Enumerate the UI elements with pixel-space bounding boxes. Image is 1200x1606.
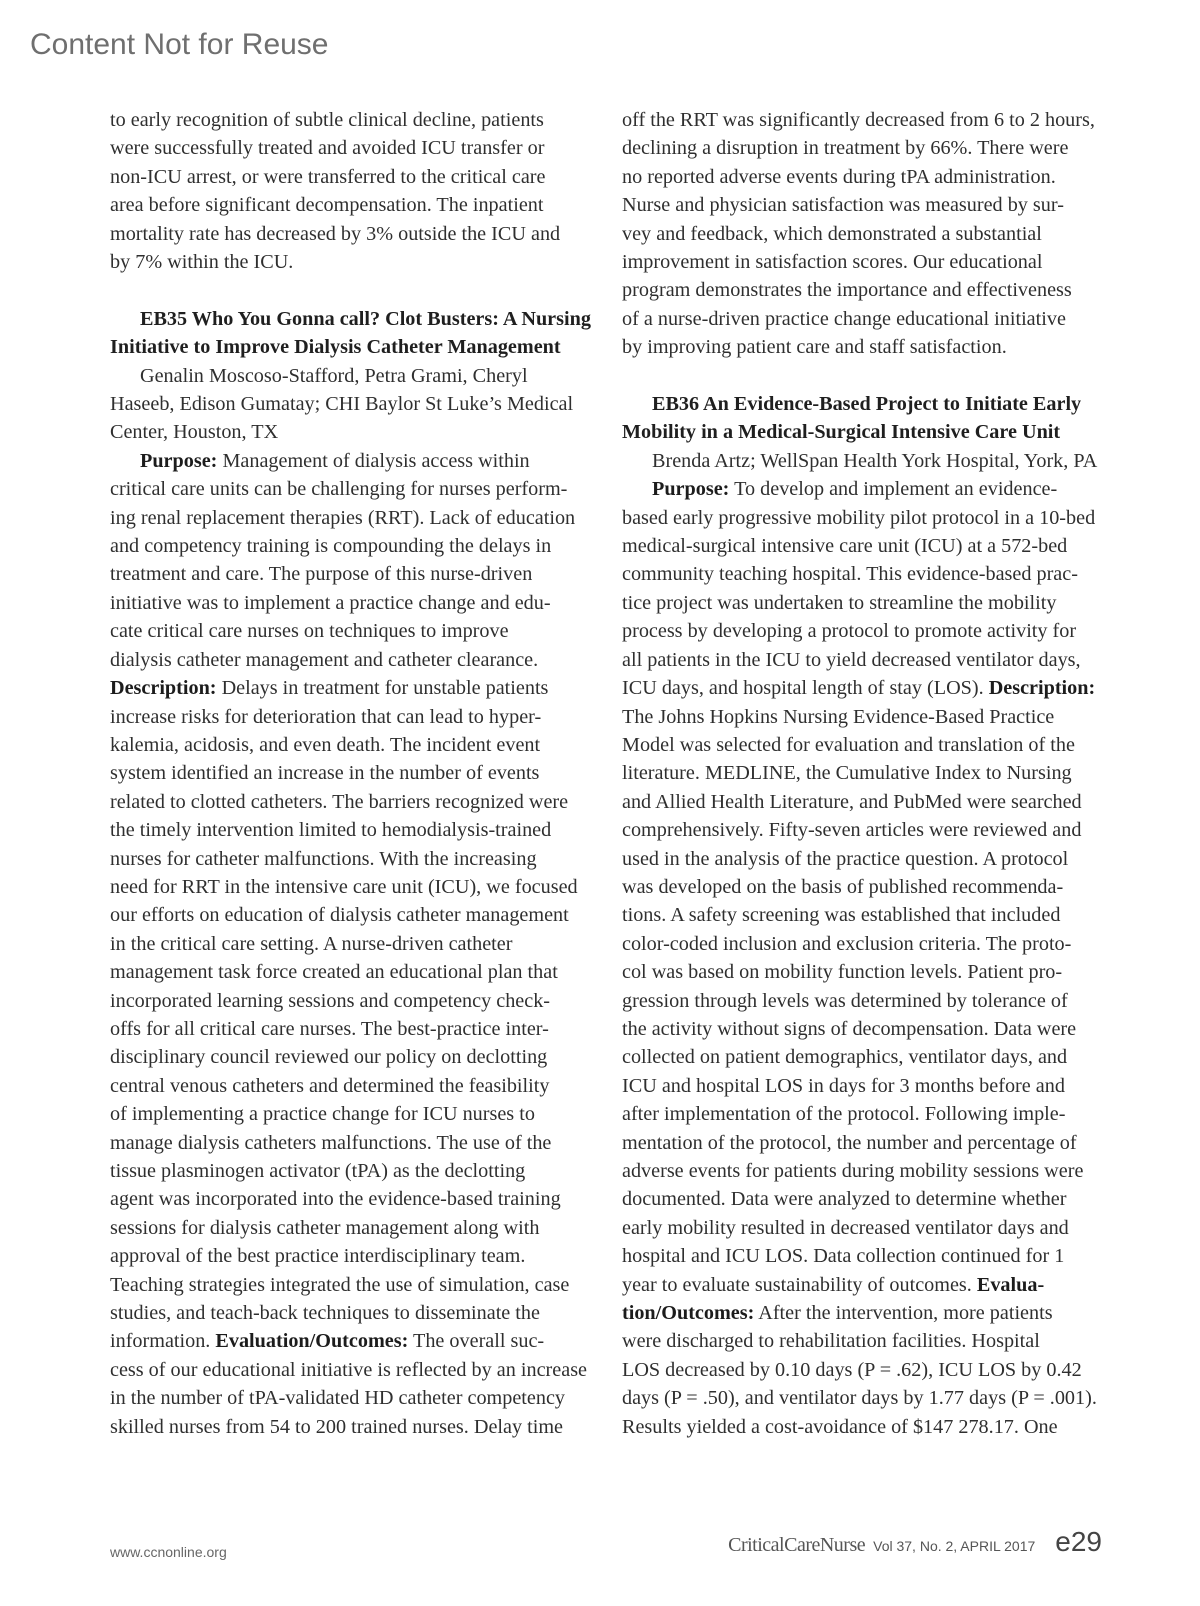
- abstract-title: EB36 An Evidence-Based Project to Initia…: [622, 390, 1100, 447]
- description-label: Description:: [989, 677, 1096, 699]
- text-line: by improving patient care and staff sati…: [622, 333, 1100, 361]
- text-line: comprehensively. Fifty-seven articles we…: [622, 816, 1100, 844]
- text-line: in the critical care setting. A nurse-dr…: [110, 930, 572, 958]
- text-line: hospital and ICU LOS. Data collection co…: [622, 1242, 1100, 1270]
- text-line: medical-surgical intensive care unit (IC…: [622, 532, 1100, 560]
- text-line: Nurse and physician satisfaction was mea…: [622, 191, 1100, 219]
- text-line: by 7% within the ICU.: [110, 248, 572, 276]
- purpose-label: Purpose:: [140, 450, 217, 472]
- text-line: system identified an increase in the num…: [110, 759, 572, 787]
- text-line: mentation of the protocol, the number an…: [622, 1129, 1100, 1157]
- text-line: was developed on the basis of published …: [622, 873, 1100, 901]
- text-line: need for RRT in the intensive care unit …: [110, 873, 572, 901]
- text-line: increase risks for deterioration that ca…: [110, 703, 572, 731]
- text-line: after implementation of the protocol. Fo…: [622, 1100, 1100, 1128]
- previous-abstract-continuation: to early recognition of subtle clinical …: [110, 106, 572, 276]
- text-line: early mobility resulted in decreased ven…: [622, 1214, 1100, 1242]
- evaluation-text: The overall suc-: [408, 1330, 544, 1352]
- evaluation-pre-text: information.: [110, 1330, 215, 1352]
- journal-name: CriticalCareNurse: [728, 1534, 865, 1557]
- left-column: to early recognition of subtle clinical …: [110, 106, 572, 1441]
- text-line: off the RRT was significantly decreased …: [622, 106, 1100, 134]
- text-line: of a nurse-driven practice change educat…: [622, 305, 1100, 333]
- text-line: related to clotted catheters. The barrie…: [110, 788, 572, 816]
- description-text: Delays in treatment for unstable patient…: [217, 677, 549, 699]
- text-line: were discharged to rehabilitation facili…: [622, 1327, 1100, 1355]
- description-text: year to evaluate sustainability of outco…: [622, 1274, 977, 1296]
- author-line: Haseeb, Edison Gumatay; CHI Baylor St Lu…: [110, 390, 572, 418]
- text-line: information. Evaluation/Outcomes: The ov…: [110, 1327, 572, 1355]
- text-line: cate critical care nurses on techniques …: [110, 617, 572, 645]
- text-line: documented. Data were analyzed to determ…: [622, 1185, 1100, 1213]
- purpose-text: Management of dialysis access within: [217, 450, 529, 472]
- text-line: kalemia, acidosis, and even death. The i…: [110, 731, 572, 759]
- text-line: cess of our educational initiative is re…: [110, 1356, 572, 1384]
- text-line: declining a disruption in treatment by 6…: [622, 134, 1100, 162]
- text-line: vey and feedback, which demonstrated a s…: [622, 220, 1100, 248]
- text-line: agent was incorporated into the evidence…: [110, 1185, 572, 1213]
- text-line: gression through levels was determined b…: [622, 987, 1100, 1015]
- watermark-text: Content Not for Reuse: [30, 28, 329, 62]
- text-line: management task force created an educati…: [110, 958, 572, 986]
- abstract-title: EB35 Who You Gonna call? Clot Busters: A…: [110, 305, 572, 362]
- abstract-eb36: EB36 An Evidence-Based Project to Initia…: [622, 390, 1100, 1441]
- text-line: and competency training is compounding t…: [110, 532, 572, 560]
- page-number: e29: [1055, 1526, 1102, 1558]
- text-line: ICU days, and hospital length of stay (L…: [622, 674, 1100, 702]
- text-line: central venous catheters and determined …: [110, 1072, 572, 1100]
- text-line: tice project was undertaken to streamlin…: [622, 589, 1100, 617]
- text-line: based early progressive mobility pilot p…: [622, 504, 1100, 532]
- text-line: were successfully treated and avoided IC…: [110, 134, 572, 162]
- text-line: color-coded inclusion and exclusion crit…: [622, 930, 1100, 958]
- text-line: process by developing a protocol to prom…: [622, 617, 1100, 645]
- text-line: tion/Outcomes: After the intervention, m…: [622, 1299, 1100, 1327]
- right-column: off the RRT was significantly decreased …: [622, 106, 1100, 1441]
- text-line: Description: Delays in treatment for uns…: [110, 674, 572, 702]
- text-line: literature. MEDLINE, the Cumulative Inde…: [622, 759, 1100, 787]
- text-line: LOS decreased by 0.10 days (P = .62), IC…: [622, 1356, 1100, 1384]
- title-line: Mobility in a Medical-Surgical Intensive…: [622, 418, 1100, 446]
- evaluation-section: information. Evaluation/Outcomes: The ov…: [110, 1327, 572, 1441]
- text-line: no reported adverse events during tPA ad…: [622, 163, 1100, 191]
- text-line: col was based on mobility function level…: [622, 958, 1100, 986]
- text-line: Results yielded a cost-avoidance of $147…: [622, 1413, 1100, 1441]
- text-line: sessions for dialysis catheter managemen…: [110, 1214, 572, 1242]
- description-section: The Johns Hopkins Nursing Evidence-Based…: [622, 703, 1100, 1300]
- text-line: mortality rate has decreased by 3% outsi…: [110, 220, 572, 248]
- text-line: dialysis catheter management and cathete…: [110, 646, 572, 674]
- purpose-text: To develop and implement an evidence-: [729, 478, 1057, 500]
- evaluation-section: tion/Outcomes: After the intervention, m…: [622, 1299, 1100, 1441]
- abstract-eb35: EB35 Who You Gonna call? Clot Busters: A…: [110, 305, 572, 1441]
- evaluation-label: tion/Outcomes:: [622, 1302, 754, 1324]
- eb35-continuation: off the RRT was significantly decreased …: [622, 106, 1100, 362]
- text-line: incorporated learning sessions and compe…: [110, 987, 572, 1015]
- text-line: nurses for catheter malfunctions. With t…: [110, 845, 572, 873]
- text-line: disciplinary council reviewed our policy…: [110, 1043, 572, 1071]
- text-line: to early recognition of subtle clinical …: [110, 106, 572, 134]
- text-line: manage dialysis catheters malfunctions. …: [110, 1129, 572, 1157]
- evaluation-label: Evalua-: [977, 1274, 1044, 1296]
- text-line: program demonstrates the importance and …: [622, 276, 1100, 304]
- text-line: of implementing a practice change for IC…: [110, 1100, 572, 1128]
- text-line: critical care units can be challenging f…: [110, 475, 572, 503]
- description-section: Description: Delays in treatment for uns…: [110, 674, 572, 1327]
- text-line: adverse events for patients during mobil…: [622, 1157, 1100, 1185]
- evaluation-text: After the intervention, more patients: [754, 1302, 1052, 1324]
- text-line: year to evaluate sustainability of outco…: [622, 1271, 1100, 1299]
- title-line: Initiative to Improve Dialysis Catheter …: [110, 333, 572, 361]
- text-line: Purpose: Management of dialysis access w…: [110, 447, 572, 475]
- text-line: tions. A safety screening was establishe…: [622, 901, 1100, 929]
- text-line: The Johns Hopkins Nursing Evidence-Based…: [622, 703, 1100, 731]
- text-line: Model was selected for evaluation and tr…: [622, 731, 1100, 759]
- abstract-authors: Brenda Artz; WellSpan Health York Hospit…: [622, 447, 1100, 475]
- purpose-section: Purpose: Management of dialysis access w…: [110, 447, 572, 674]
- purpose-label: Purpose:: [652, 478, 729, 500]
- author-line: Center, Houston, TX: [110, 418, 572, 446]
- evaluation-label: Evaluation/Outcomes:: [215, 1330, 408, 1352]
- text-line: ICU and hospital LOS in days for 3 month…: [622, 1072, 1100, 1100]
- text-line: in the number of tPA-validated HD cathet…: [110, 1384, 572, 1412]
- author-line: Brenda Artz; WellSpan Health York Hospit…: [622, 447, 1100, 475]
- footer-website-url: www.ccnonline.org: [110, 1544, 227, 1560]
- text-line: skilled nurses from 54 to 200 trained nu…: [110, 1413, 572, 1441]
- description-label: Description:: [110, 677, 217, 699]
- footer-journal-info: CriticalCareNurse Vol 37, No. 2, APRIL 2…: [728, 1526, 1102, 1558]
- text-line: studies, and teach-back techniques to di…: [110, 1299, 572, 1327]
- text-line: the timely intervention limited to hemod…: [110, 816, 572, 844]
- text-line: treatment and care. The purpose of this …: [110, 560, 572, 588]
- text-line: days (P = .50), and ventilator days by 1…: [622, 1384, 1100, 1412]
- text-line: initiative was to implement a practice c…: [110, 589, 572, 617]
- text-line: offs for all critical care nurses. The b…: [110, 1015, 572, 1043]
- text-line: and Allied Health Literature, and PubMed…: [622, 788, 1100, 816]
- text-line: area before significant decompensation. …: [110, 191, 572, 219]
- text-line: Teaching strategies integrated the use o…: [110, 1271, 572, 1299]
- author-line: Genalin Moscoso-Stafford, Petra Grami, C…: [110, 362, 572, 390]
- text-line: ing renal replacement therapies (RRT). L…: [110, 504, 572, 532]
- text-line: community teaching hospital. This eviden…: [622, 560, 1100, 588]
- title-line: EB36 An Evidence-Based Project to Initia…: [622, 390, 1100, 418]
- text-line: our efforts on education of dialysis cat…: [110, 901, 572, 929]
- text-line: collected on patient demographics, venti…: [622, 1043, 1100, 1071]
- purpose-text: ICU days, and hospital length of stay (L…: [622, 677, 989, 699]
- text-line: the activity without signs of decompensa…: [622, 1015, 1100, 1043]
- text-line: used in the analysis of the practice que…: [622, 845, 1100, 873]
- text-line: Purpose: To develop and implement an evi…: [622, 475, 1100, 503]
- text-line: non-ICU arrest, or were transferred to t…: [110, 163, 572, 191]
- text-line: all patients in the ICU to yield decreas…: [622, 646, 1100, 674]
- text-line: tissue plasminogen activator (tPA) as th…: [110, 1157, 572, 1185]
- text-line: approval of the best practice interdisci…: [110, 1242, 572, 1270]
- abstract-authors: Genalin Moscoso-Stafford, Petra Grami, C…: [110, 362, 572, 447]
- purpose-section: Purpose: To develop and implement an evi…: [622, 475, 1100, 702]
- journal-issue: Vol 37, No. 2, APRIL 2017: [873, 1538, 1035, 1554]
- title-line: EB35 Who You Gonna call? Clot Busters: A…: [110, 305, 572, 333]
- text-line: improvement in satisfaction scores. Our …: [622, 248, 1100, 276]
